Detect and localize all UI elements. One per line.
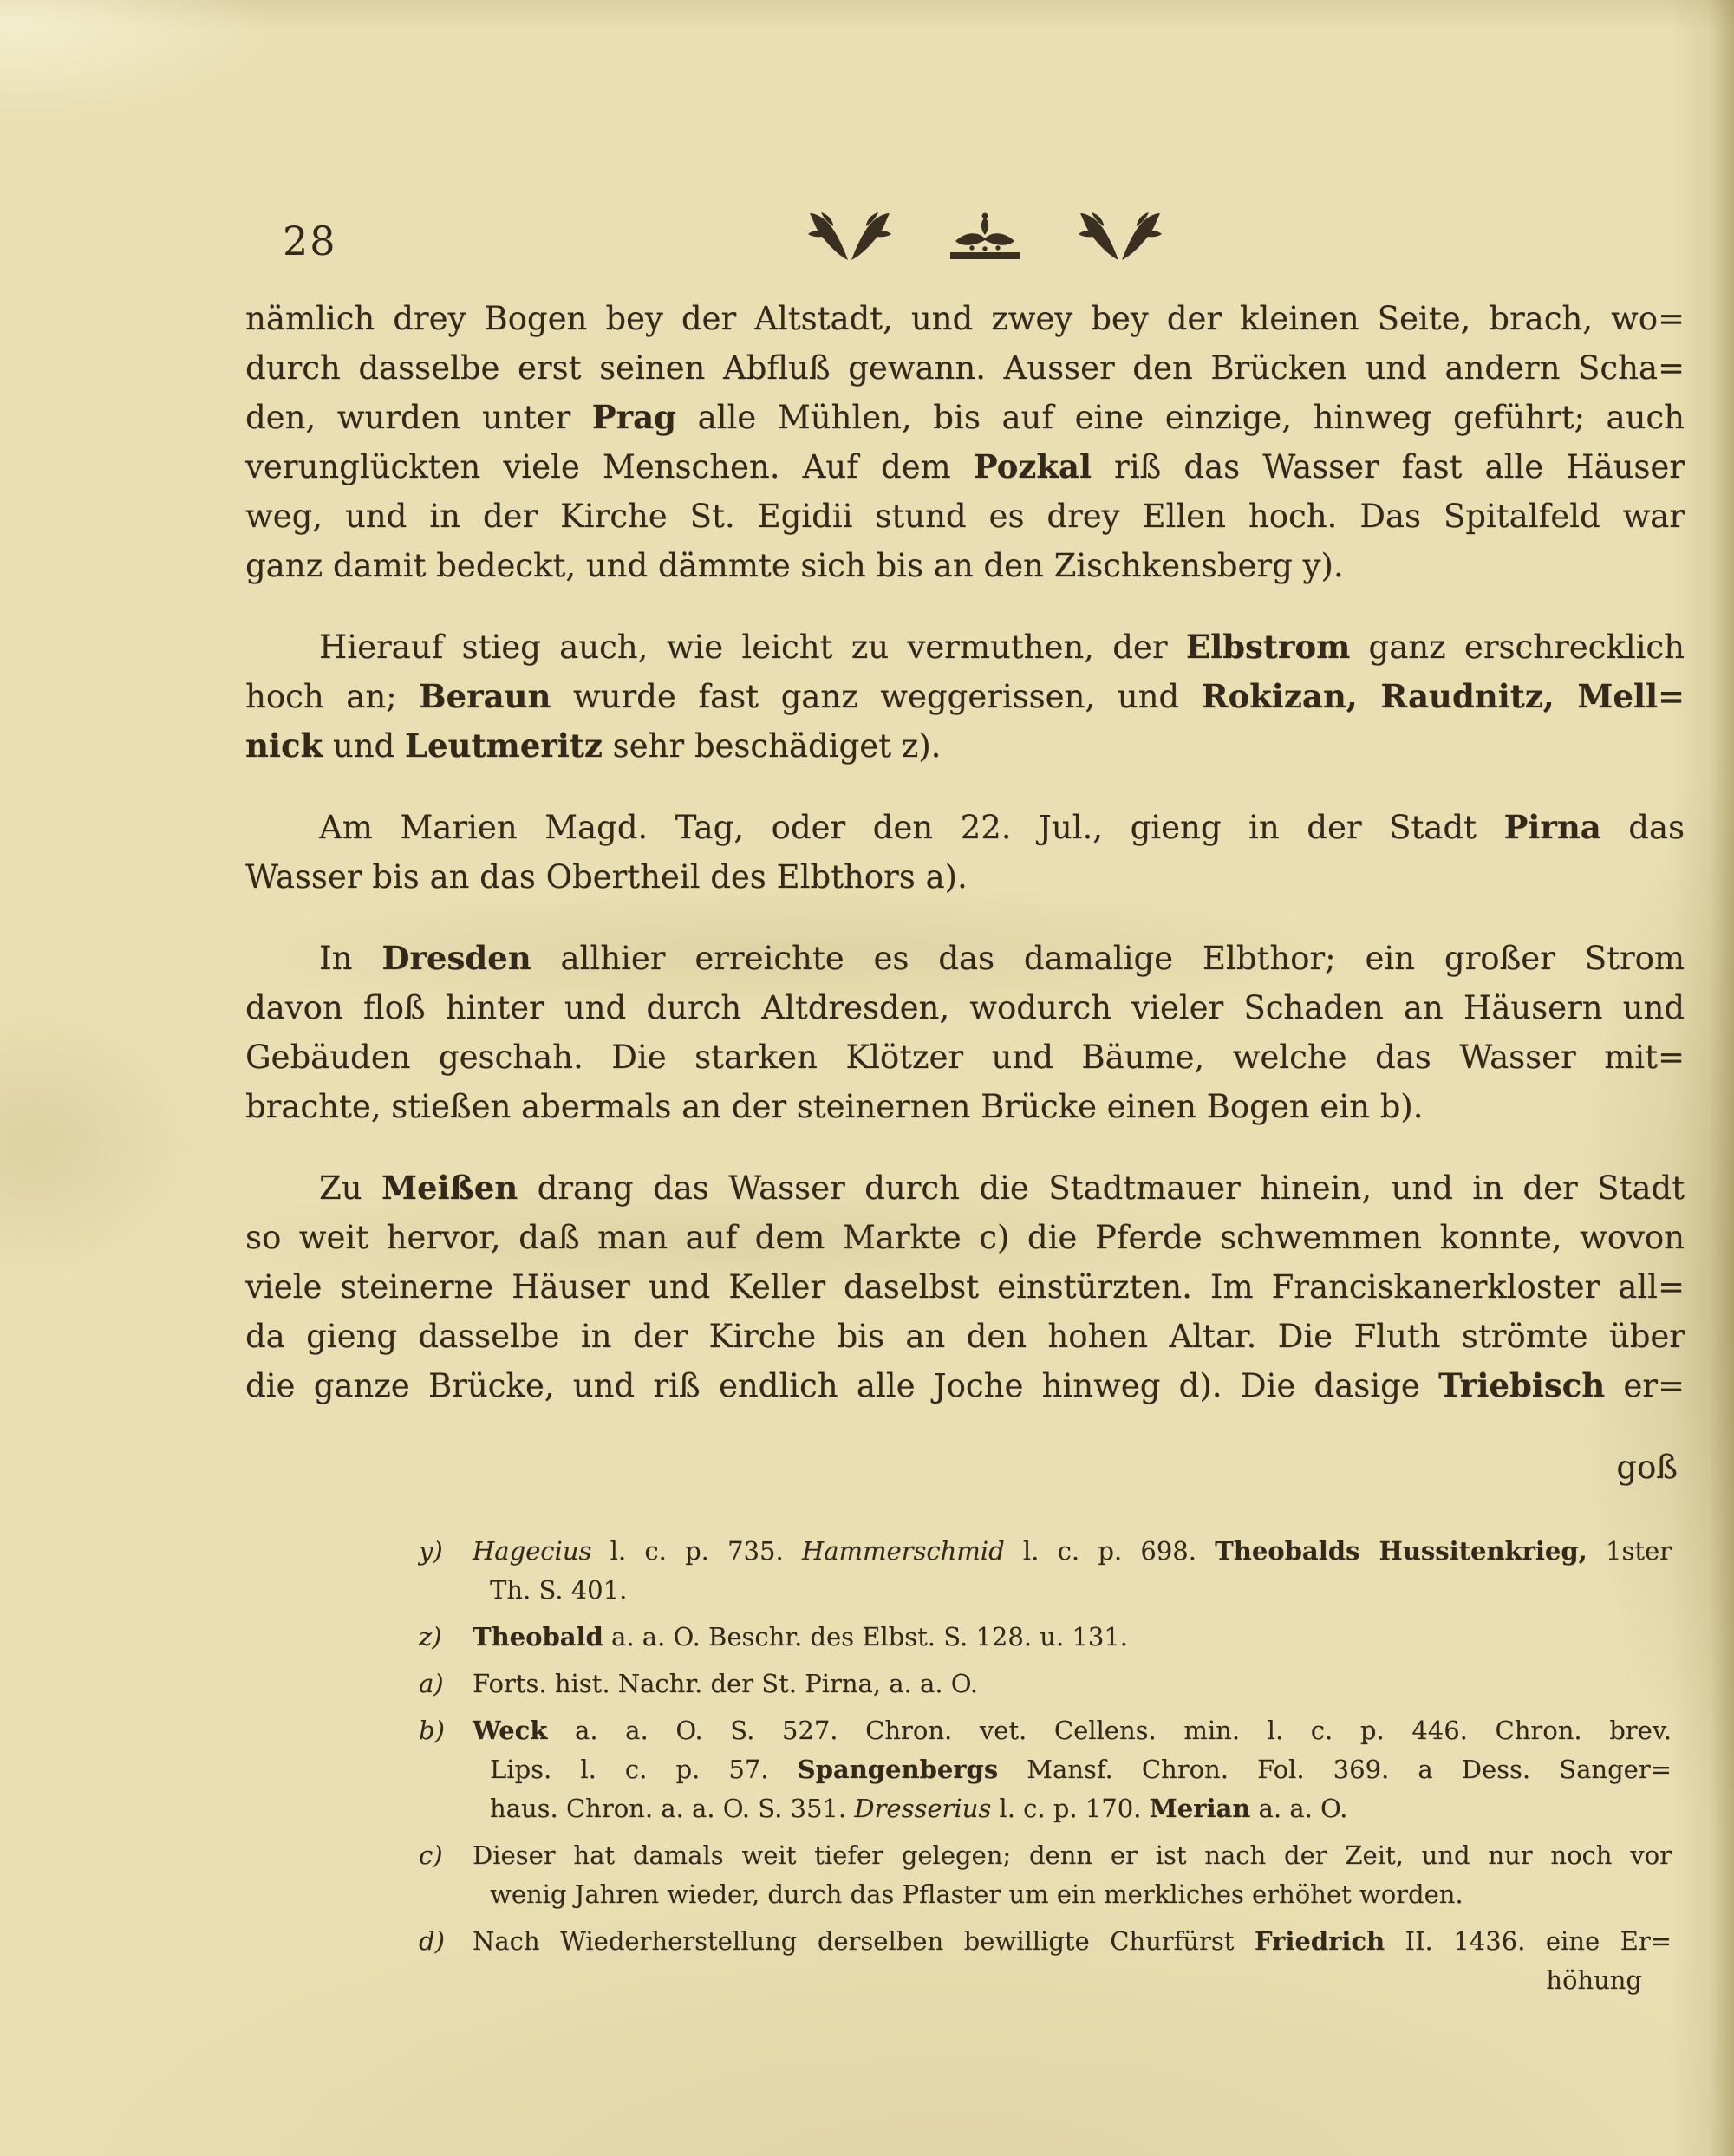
footnote-a: a) Forts. hist. Nachr. der St. Pirna, a.… (419, 1664, 1672, 1703)
footnote-d: d) Nach Wiederherstellung derselben bewi… (419, 1922, 1672, 1961)
footnote-body: Weck a. a. O. S. 527. Chron. vet. Cellen… (473, 1711, 1672, 1828)
footnote-line: Th. S. 401. (490, 1571, 1672, 1610)
footnote-line: Nach Wiederherstellung derselben bewilli… (473, 1922, 1672, 1961)
footnote-line: Weck a. a. O. S. 527. Chron. vet. Cellen… (473, 1711, 1672, 1750)
header-ornament (806, 212, 1164, 264)
footnote-body: Forts. hist. Nachr. der St. Pirna, a. a.… (473, 1664, 1672, 1703)
footnote-body: Hagecius l. c. p. 735. Hammerschmid l. c… (473, 1532, 1672, 1610)
footnote-line: Theobald a. a. O. Beschr. des Elbst. S. … (473, 1618, 1672, 1657)
footnote-line: Forts. hist. Nachr. der St. Pirna, a. a.… (473, 1664, 1672, 1703)
text-line: In Dresden allhier erreichte es das dama… (245, 934, 1685, 983)
footnotes-block: y) Hagecius l. c. p. 735. Hammerschmid l… (419, 1532, 1672, 2000)
fleuron-left-icon (806, 212, 893, 262)
footnote-line: wenig Jahren wieder, durch das Pflaster … (490, 1875, 1672, 1914)
text-line: Gebäuden geschah. Die starken Klötzer un… (245, 1032, 1685, 1082)
text-line: Am Marien Magd. Tag, oder den 22. Jul., … (245, 803, 1685, 852)
text-line: verunglückten viele Menschen. Auf dem Po… (245, 442, 1685, 492)
footnote-marker: c) (419, 1836, 473, 1914)
footnote-line: Hagecius l. c. p. 735. Hammerschmid l. c… (473, 1532, 1672, 1571)
text-line: nick und Leutmeritz sehr beschädiget z). (245, 721, 1685, 771)
text-line: hoch an; Beraun wurde fast ganz weggeris… (245, 672, 1685, 721)
text-line: so weit hervor, daß man auf dem Markte c… (245, 1213, 1685, 1262)
scanned-book-page: 28 (0, 0, 1734, 2156)
footnote-body: Theobald a. a. O. Beschr. des Elbst. S. … (473, 1618, 1672, 1657)
main-text: nämlich drey Bogen bey der Altstadt, und… (245, 294, 1685, 2000)
catchword: goß (245, 1443, 1685, 1492)
text-line: ganz damit bedeckt, und dämmte sich bis … (245, 541, 1685, 590)
footnote-line: Lips. l. c. p. 57. Spangenbergs Mansf. C… (490, 1750, 1672, 1789)
text-line: nämlich drey Bogen bey der Altstadt, und… (245, 294, 1685, 343)
text-line: viele steinerne Häuser und Keller daselb… (245, 1262, 1685, 1312)
footnote-marker: d) (419, 1922, 473, 1961)
text-line: davon floß hinter und durch Altdresden, … (245, 983, 1685, 1032)
text-line: weg, und in der Kirche St. Egidii stund … (245, 492, 1685, 541)
footnote-c: c) Dieser hat damals weit tiefer gelegen… (419, 1836, 1672, 1914)
text-line: durch dasselbe erst seinen Abfluß gewann… (245, 343, 1685, 393)
footnote-catchword: höhung (419, 1961, 1672, 2000)
footnote-line: haus. Chron. a. a. O. S. 351. Dresserius… (490, 1789, 1672, 1828)
page-number: 28 (283, 218, 337, 264)
footnote-line: Dieser hat damals weit tiefer gelegen; d… (473, 1836, 1672, 1875)
footnote-marker: z) (419, 1618, 473, 1657)
text-line: Hierauf stieg auch, wie leicht zu vermut… (245, 622, 1685, 672)
text-line: den, wurden unter Prag alle Mühlen, bis … (245, 393, 1685, 442)
text-line: Zu Meißen drang das Wasser durch die Sta… (245, 1163, 1685, 1213)
footnote-y: y) Hagecius l. c. p. 735. Hammerschmid l… (419, 1532, 1672, 1610)
fleuron-right-icon (1077, 212, 1164, 262)
footnote-b: b) Weck a. a. O. S. 527. Chron. vet. Cel… (419, 1711, 1672, 1828)
footnote-marker: a) (419, 1664, 473, 1703)
text-line: die ganze Brücke, und riß endlich alle J… (245, 1361, 1685, 1410)
footnote-marker: b) (419, 1711, 473, 1828)
footnote-body: Dieser hat damals weit tiefer gelegen; d… (473, 1836, 1672, 1914)
footnote-z: z) Theobald a. a. O. Beschr. des Elbst. … (419, 1618, 1672, 1657)
crown-ornament-icon (948, 212, 1022, 262)
text-line: brachte, stießen abermals an der steiner… (245, 1082, 1685, 1131)
footnote-body: Nach Wiederherstellung derselben bewilli… (473, 1922, 1672, 1961)
text-line: Wasser bis an das Obertheil des Elbthors… (245, 852, 1685, 902)
text-line: da gieng dasselbe in der Kirche bis an d… (245, 1312, 1685, 1361)
footnote-marker: y) (419, 1532, 473, 1610)
